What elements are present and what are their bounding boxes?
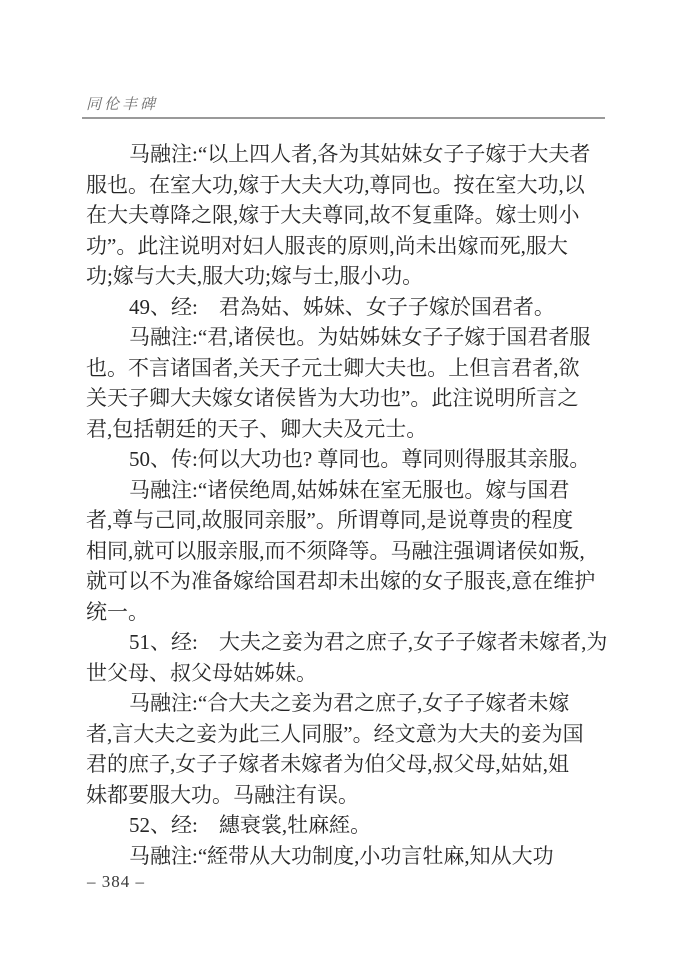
running-header-title: 同伦丰碑 xyxy=(86,93,158,114)
paragraph-line: 功;嫁与大夫,服大功;嫁与士,服小功。 xyxy=(86,261,610,292)
paragraph-line: 君的庶子,女子子嫁者未嫁者为伯父母,叔父母,姑姑,姐 xyxy=(86,749,610,780)
page-body: 马融注:“以上四人者,各为其姑妹女子子嫁于大夫者服也。在室大功,嫁于大夫大功,尊… xyxy=(86,139,610,871)
paragraph: 马融注:“以上四人者,各为其姑妹女子子嫁于大夫者服也。在室大功,嫁于大夫大功,尊… xyxy=(86,139,610,292)
paragraph-line: 马融注:“絰带从大功制度,小功言牡麻,知从大功 xyxy=(86,841,610,872)
paragraph-line: 在大夫尊降之限,嫁于大夫尊同,故不复重降。嫁士则小 xyxy=(86,200,610,231)
paragraph-line: 相同,就可以服亲服,而不须降等。马融注强调诸侯如叛, xyxy=(86,536,610,567)
paragraph-line: 就可以不为准备嫁给国君却未出嫁的女子服丧,意在维护 xyxy=(86,566,610,597)
paragraph-line: 者,尊与己同,故服同亲服”。所谓尊同,是说尊贵的程度 xyxy=(86,505,610,536)
paragraph-line: 统一。 xyxy=(86,597,610,628)
header-rule xyxy=(82,117,605,119)
paragraph-line: 君,包括朝廷的天子、卿大夫及元士。 xyxy=(86,414,610,445)
paragraph: 马融注:“诸侯绝周,姑姊妹在室无服也。嫁与国君者,尊与己同,故服同亲服”。所谓尊… xyxy=(86,475,610,628)
paragraph: 马融注:“絰带从大功制度,小功言牡麻,知从大功 xyxy=(86,841,610,872)
paragraph-line: 49、经: 君為姑、姊妹、女子子嫁於国君者。 xyxy=(86,292,610,323)
paragraph: 49、经: 君為姑、姊妹、女子子嫁於国君者。 xyxy=(86,292,610,323)
paragraph: 马融注:“君,诸侯也。为姑姊妹女子子嫁于国君者服也。不言诸国者,关天子元士卿大夫… xyxy=(86,322,610,444)
paragraph: 52、经: 繐衰裳,牡麻絰。 xyxy=(86,810,610,841)
paragraph-line: 者,言大夫之妾为此三人同服”。经文意为大夫的妾为国 xyxy=(86,719,610,750)
paragraph-line: 服也。在室大功,嫁于大夫大功,尊同也。按在室大功,以 xyxy=(86,170,610,201)
paragraph-line: 52、经: 繐衰裳,牡麻絰。 xyxy=(86,810,610,841)
paragraph-line: 关天子卿大夫嫁女诸侯皆为大功也”。此注说明所言之 xyxy=(86,383,610,414)
paragraph-line: 马融注:“君,诸侯也。为姑姊妹女子子嫁于国君者服 xyxy=(86,322,610,353)
paragraph: 51、经: 大夫之妾为君之庶子,女子子嫁者未嫁者,为世父母、叔父母姑姊妹。 xyxy=(86,627,610,688)
paragraph: 马融注:“合大夫之妾为君之庶子,女子子嫁者未嫁者,言大夫之妾为此三人同服”。经文… xyxy=(86,688,610,810)
paragraph-line: 50、传:何以大功也? 尊同也。尊同则得服其亲服。 xyxy=(86,444,610,475)
paragraph-line: 马融注:“诸侯绝周,姑姊妹在室无服也。嫁与国君 xyxy=(86,475,610,506)
paragraph-line: 功”。此注说明对妇人服丧的原则,尚未出嫁而死,服大 xyxy=(86,231,610,262)
paragraph-line: 世父母、叔父母姑姊妹。 xyxy=(86,658,610,689)
paragraph-line: 妹都要服大功。马融注有误。 xyxy=(86,780,610,811)
paragraph-line: 51、经: 大夫之妾为君之庶子,女子子嫁者未嫁者,为 xyxy=(86,627,610,658)
paragraph-line: 马融注:“合大夫之妾为君之庶子,女子子嫁者未嫁 xyxy=(86,688,610,719)
book-page: 同伦丰碑 马融注:“以上四人者,各为其姑妹女子子嫁于大夫者服也。在室大功,嫁于大… xyxy=(0,0,692,968)
paragraph-line: 也。不言诸国者,关天子元士卿大夫也。上但言君者,欲 xyxy=(86,353,610,384)
page-number: – 384 – xyxy=(87,872,145,891)
paragraph-line: 马融注:“以上四人者,各为其姑妹女子子嫁于大夫者 xyxy=(86,139,610,170)
page-footer: – 384 – xyxy=(87,872,145,892)
paragraph: 50、传:何以大功也? 尊同也。尊同则得服其亲服。 xyxy=(86,444,610,475)
